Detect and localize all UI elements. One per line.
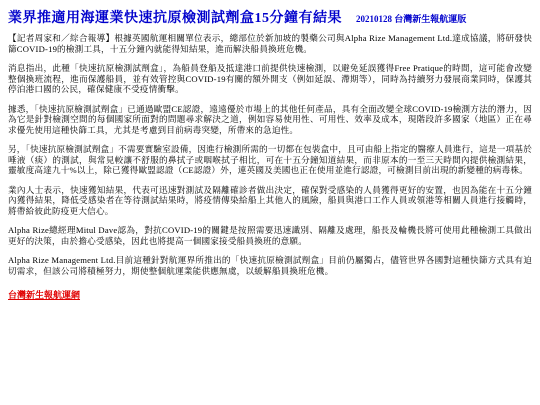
article-paragraph: 【記者周家和／綜合報導】根據英國航運相關單位表示，總部位於新加坡的製藥公司與Al… — [8, 33, 532, 54]
headline-text: 業界推適用海運業快速抗原檢測試劑盒15分鐘有結果 — [8, 11, 342, 26]
article-paragraph: 業內人士表示，快速獲知結果，代表可迅速對測試及隔離確診者做出決定，確保對受感染的… — [8, 185, 532, 217]
date-edition-label: 20210128 台灣新生報航運版 — [356, 14, 466, 24]
article-paragraph: 據悉，「快速抗原檢測試劑盒」已通過歐盟CE認證，遠遠優於市場上的其他任何產品，具… — [8, 104, 532, 136]
article-paragraph: Alpha Rize Management Ltd.目前這種針對航運界所推出的「… — [8, 255, 532, 276]
article-paragraph: Alpha Rize總經理Mitul Dave認為，對抗COVID-19的關鍵是… — [8, 225, 532, 246]
article-headline: 業界推適用海運業快速抗原檢測試劑盒15分鐘有結果 20210128 台灣新生報航… — [8, 3, 532, 27]
source-site-link[interactable]: 台灣新生報航運網 — [8, 288, 80, 301]
article-paragraph: 另，「快速抗原檢測試劑盒」不需要實驗室設備，因進行檢測所需的一切都在包裝盒中，且… — [8, 144, 532, 176]
article-page: 業界推適用海運業快速抗原檢測試劑盒15分鐘有結果 20210128 台灣新生報航… — [0, 0, 540, 303]
article-paragraph: 消息指出，此種「快速抗原檢測試劑盒」，為船員登船及抵達港口前提供快速檢測，以避免… — [8, 63, 532, 95]
